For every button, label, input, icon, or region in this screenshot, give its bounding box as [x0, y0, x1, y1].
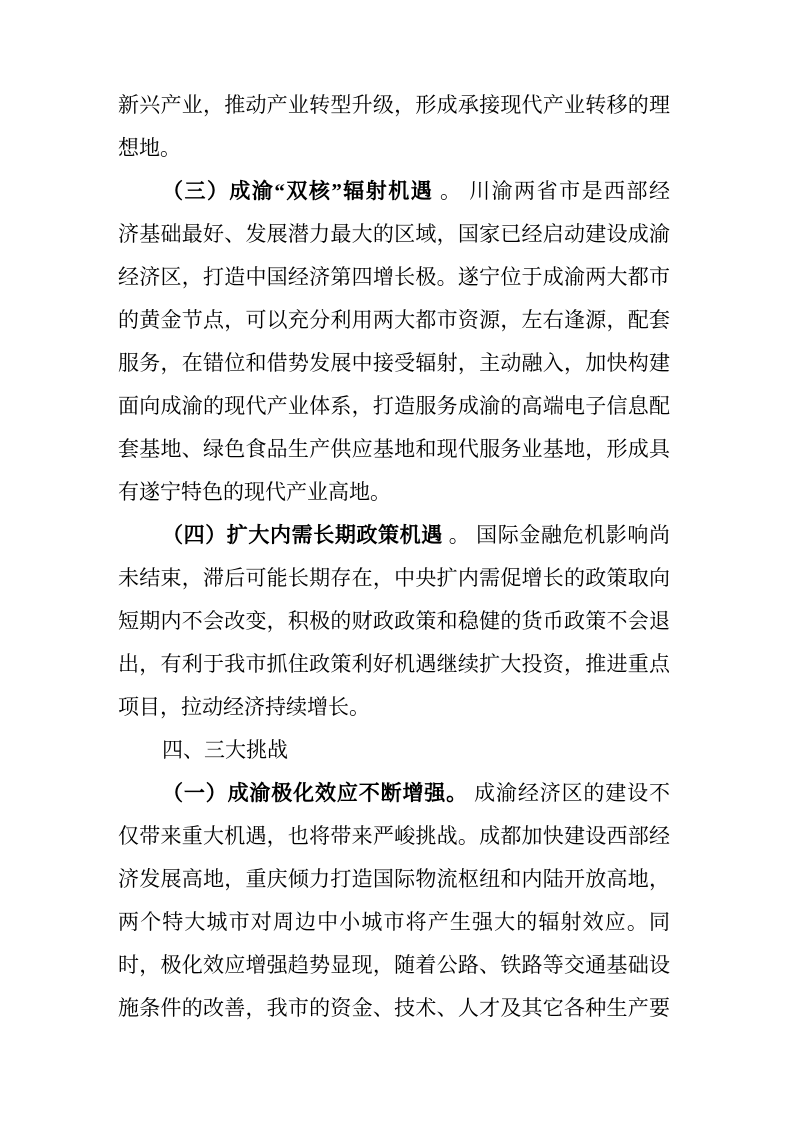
- body-text-segment: 套基地、绿色食品生产供应基地和现代服务业基地，形成具: [118, 437, 670, 461]
- text-line: 的黄金节点，可以充分利用两大都市资源，左右逢源，配套: [118, 299, 670, 342]
- document-text-block: 新兴产业，推动产业转型升级，形成承接现代产业转移的理想地。（三）成渝“双核”辐射…: [118, 84, 670, 1030]
- text-line: 两个特大城市对周边中小城市将产生强大的辐射效应。同: [118, 901, 670, 944]
- heading-text-segment: （三）成渝“双核”辐射机遇: [162, 179, 433, 203]
- body-text-segment: 经济区，打造中国经济第四增长极。遂宁位于成渝两大都市: [118, 265, 670, 289]
- text-line: 面向成渝的现代产业体系，打造服务成渝的高端电子信息配: [118, 385, 670, 428]
- text-line: 时，极化效应增强趋势显现，随着公路、铁路等交通基础设: [118, 944, 670, 987]
- body-text-segment: 新兴产业，推动产业转型升级，形成承接现代产业转移的理: [118, 93, 670, 117]
- text-line: 服务，在错位和借势发展中接受辐射，主动融入，加快构建: [118, 342, 670, 385]
- body-text-segment: 施条件的改善，我市的资金、技术、人才及其它各种生产要: [118, 996, 670, 1020]
- document-page: 新兴产业，推动产业转型升级，形成承接现代产业转移的理想地。（三）成渝“双核”辐射…: [0, 0, 793, 1122]
- body-text-segment: 短期内不会改变，积极的财政政策和稳健的货币政策不会退: [118, 609, 670, 633]
- text-line: 出，有利于我市抓住政策利好机遇继续扩大投资，推进重点: [118, 643, 670, 686]
- body-text-segment: 。 国际金融危机影响尚: [443, 523, 670, 547]
- text-line: 套基地、绿色食品生产供应基地和现代服务业基地，形成具: [118, 428, 670, 471]
- text-line: 施条件的改善，我市的资金、技术、人才及其它各种生产要: [118, 987, 670, 1030]
- body-text-segment: 两个特大城市对周边中小城市将产生强大的辐射效应。同: [118, 910, 670, 934]
- text-line: 济发展高地，重庆倾力打造国际物流枢纽和内陆开放高地，: [118, 858, 670, 901]
- text-line: 济基础最好、发展潜力最大的区域，国家已经启动建设成渝: [118, 213, 670, 256]
- text-line: 未结束，滞后可能长期存在，中央扩内需促增长的政策取向: [118, 557, 670, 600]
- body-text-segment: 有遂宁特色的现代产业高地。: [118, 480, 391, 504]
- text-line: 有遂宁特色的现代产业高地。: [118, 471, 670, 514]
- text-line: （一）成渝极化效应不断增强。 成渝经济区的建设不: [118, 772, 670, 815]
- text-line: 经济区，打造中国经济第四增长极。遂宁位于成渝两大都市: [118, 256, 670, 299]
- text-line: 新兴产业，推动产业转型升级，形成承接现代产业转移的理: [118, 84, 670, 127]
- heading-text-segment: （四）扩大内需长期政策机遇: [162, 523, 443, 547]
- text-line: 仅带来重大机遇，也将带来严峻挑战。成都加快建设西部经: [118, 815, 670, 858]
- body-text-segment: 。 川渝两省市是西部经: [433, 179, 670, 203]
- body-text-segment: 济基础最好、发展潜力最大的区域，国家已经启动建设成渝: [118, 222, 670, 246]
- text-line: 四、三大挑战: [118, 729, 670, 772]
- text-line: （三）成渝“双核”辐射机遇 。 川渝两省市是西部经: [118, 170, 670, 213]
- body-text-segment: 济发展高地，重庆倾力打造国际物流枢纽和内陆开放高地，: [118, 867, 670, 891]
- text-line: 项目，拉动经济持续增长。: [118, 686, 670, 729]
- body-text-segment: 时，极化效应增强趋势显现，随着公路、铁路等交通基础设: [118, 953, 670, 977]
- body-text-segment: 服务，在错位和借势发展中接受辐射，主动融入，加快构建: [118, 351, 670, 375]
- body-text-segment: 成渝经济区的建设不: [468, 781, 670, 805]
- body-text-segment: 项目，拉动经济持续增长。: [118, 695, 370, 719]
- body-text-segment: 出，有利于我市抓住政策利好机遇继续扩大投资，推进重点: [118, 652, 670, 676]
- heading-text-segment: （一）成渝极化效应不断增强。: [162, 781, 468, 805]
- text-line: （四）扩大内需长期政策机遇 。 国际金融危机影响尚: [118, 514, 670, 557]
- body-text-segment: 四、三大挑战: [162, 738, 288, 762]
- text-line: 短期内不会改变，积极的财政政策和稳健的货币政策不会退: [118, 600, 670, 643]
- body-text-segment: 仅带来重大机遇，也将带来严峻挑战。成都加快建设西部经: [118, 824, 670, 848]
- body-text-segment: 面向成渝的现代产业体系，打造服务成渝的高端电子信息配: [118, 394, 670, 418]
- body-text-segment: 未结束，滞后可能长期存在，中央扩内需促增长的政策取向: [118, 566, 670, 590]
- body-text-segment: 的黄金节点，可以充分利用两大都市资源，左右逢源，配套: [118, 308, 670, 332]
- text-line: 想地。: [118, 127, 670, 170]
- body-text-segment: 想地。: [118, 136, 181, 160]
